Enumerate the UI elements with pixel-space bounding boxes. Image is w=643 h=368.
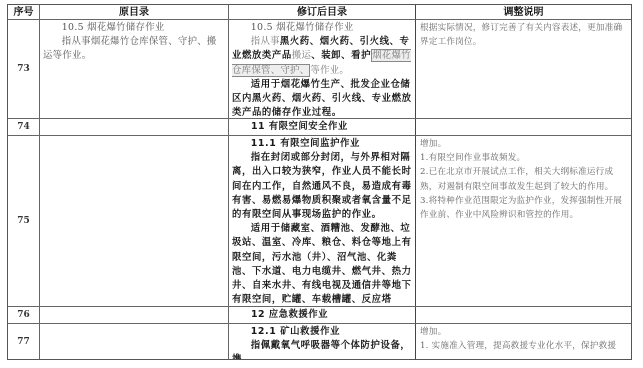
- table-row-76: 76 12 应急救援作业: [8, 307, 631, 324]
- revised-title: 12.1 矿山救援作业: [232, 325, 412, 339]
- note-line: 2.已在北京市开展试点工作，相关大纲标准运行成熟，对遏制有限空间事故发生起到了较…: [420, 165, 628, 193]
- desc-prefix: 指从事: [251, 36, 280, 47]
- table-row-74: 74 11 有限空间安全作业: [8, 119, 631, 136]
- header-note: 调整说明: [416, 5, 631, 19]
- revised-section-title: 12 应急救援作业: [229, 307, 416, 323]
- revised-title: 10.5 烟花爆竹储存作业: [232, 21, 412, 35]
- note-content: 增加。 1. 实施准入管理，提高救援专业化水平，保护救援: [416, 324, 631, 359]
- note-line: 1. 实施准入管理，提高救援专业化水平，保护救援: [420, 339, 628, 353]
- row-number: 75: [8, 136, 40, 306]
- revised-content: 11.1 有限空间监护作业 指在封闭或部分封闭，与外界相对隔离，出入口较为狭窄，…: [229, 136, 416, 306]
- original-content-empty: [40, 119, 229, 135]
- revised-title: 11.1 有限空间监护作业: [232, 137, 412, 151]
- header-no: 序号: [8, 5, 40, 19]
- table-row-77: 77 12.1 矿山救援作业 指佩戴氧气呼吸器等个体防护设备，携 增加。 1. …: [8, 324, 631, 359]
- desc-sep: 、: [311, 50, 321, 61]
- revised-scope: 适用于烟花爆竹生产、批发企业仓储区内黑火药、烟火药、引火线、专业燃放类产品的储存…: [232, 78, 412, 118]
- note-line: 3.将特种作业范围限定为监护作业，发挥强制性开展作业前、作业中风险辨识和管控的作…: [420, 194, 628, 222]
- desc-bold-items-2: 装卸、看护: [321, 50, 371, 61]
- note-line: 增加。: [420, 325, 628, 339]
- original-content-empty: [40, 324, 229, 359]
- revised-content: 12.1 矿山救援作业 指佩戴氧气呼吸器等个体防护设备，携: [229, 324, 416, 359]
- revised-desc: 指佩戴氧气呼吸器等个体防护设备，携: [232, 339, 412, 359]
- table-row-75: 75 11.1 有限空间监护作业 指在封闭或部分封闭，与外界相对隔离，出入口较为…: [8, 136, 631, 307]
- revised-desc: 指从事黑火药、烟火药、引火线、专业燃放类产品搬运、装卸、看护烟花爆竹仓库保管、守…: [232, 35, 412, 78]
- revised-content: 10.5 烟花爆竹储存作业 指从事黑火药、烟火药、引火线、专业燃放类产品搬运、装…: [229, 20, 416, 118]
- original-content-empty: [40, 307, 229, 323]
- original-content-empty: [40, 136, 229, 306]
- note-content: 增加。 1.有限空间作业事故频发。 2.已在北京市开展试点工作，相关大纲标准运行…: [416, 136, 631, 306]
- original-content: 10.5 烟花爆竹储存作业 指从事烟花爆竹仓库保管、守护、搬运等作业。: [40, 20, 229, 118]
- desc-end: 等作业。: [310, 65, 349, 76]
- original-desc: 指从事烟花爆竹仓库保管、守护、搬运等作业。: [43, 35, 225, 63]
- note-content: 根据实际情况，修订完善了有关内容表述，更加准确界定工作岗位。: [416, 20, 631, 118]
- revised-scope: 适用于储藏室、酒糟池、发酵池、垃圾站、温室、冷库、粮仓、料仓等地上有限空间，污水…: [232, 222, 412, 306]
- row-number: 76: [8, 307, 40, 323]
- header-original: 原目录: [40, 5, 229, 19]
- desc-deleted-text: 搬运: [292, 50, 311, 61]
- header-revised: 修订后目录: [229, 5, 416, 19]
- note-line: 根据实际情况，修订完善了有关内容表述，更加准确界定工作岗位。: [420, 21, 628, 49]
- row-number: 74: [8, 119, 40, 135]
- note-content-empty: [416, 119, 631, 135]
- table-row-73: 73 10.5 烟花爆竹储存作业 指从事烟花爆竹仓库保管、守护、搬运等作业。 1…: [8, 20, 631, 119]
- row-number: 77: [8, 324, 40, 359]
- note-content-empty: [416, 307, 631, 323]
- revised-desc: 指在封闭或部分封闭，与外界相对隔离，出入口较为狭窄，作业人员不能长时间在内工作，…: [232, 151, 412, 222]
- original-title: 10.5 烟花爆竹储存作业: [43, 21, 225, 35]
- revised-section-title: 11 有限空间安全作业: [229, 119, 416, 135]
- row-number: 73: [8, 20, 40, 118]
- revision-table: 序号 原目录 修订后目录 调整说明 73 10.5 烟花爆竹储存作业 指从事烟花…: [7, 4, 632, 360]
- note-line: 1.有限空间作业事故频发。: [420, 151, 628, 165]
- table-header-row: 序号 原目录 修订后目录 调整说明: [8, 5, 631, 20]
- note-line: 增加。: [420, 137, 628, 151]
